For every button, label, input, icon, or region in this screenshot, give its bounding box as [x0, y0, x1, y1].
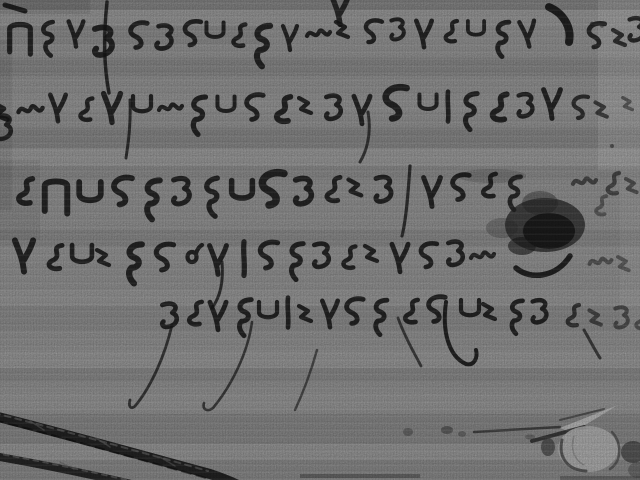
wood-grain-bands-shape [0, 350, 640, 368]
wood-grain-bands-shape [0, 10, 640, 26]
wood-grain-bands-shape [0, 392, 640, 410]
wood-grain-bands-shape [0, 368, 640, 382]
wood-grain-bands-shape [0, 0, 640, 10]
stray-marks-shape [403, 428, 413, 436]
script-line-5-glyph [288, 298, 289, 328]
stray-marks-shape [458, 431, 466, 437]
script-line-2-glyph [448, 92, 449, 122]
knot-seal-shape [541, 438, 555, 456]
ink-blot-shape [508, 237, 536, 255]
wood-grain-bands-shape [0, 96, 640, 112]
manuscript-scene [0, 0, 640, 480]
stray-marks-shape [300, 474, 420, 478]
manuscript-photo [0, 0, 640, 480]
wood-grain-bands-shape [0, 148, 640, 166]
script-line-2-shape [610, 144, 614, 148]
script-line-4-glyph [244, 242, 245, 276]
wood-grain-bands-shape [0, 58, 640, 76]
stray-marks-shape [560, 476, 640, 480]
wood-grain-bands-shape [0, 128, 640, 148]
script-line-2-shape [590, 22, 594, 26]
stray-marks-shape [441, 426, 453, 434]
wood-grain-bands-shape [0, 166, 640, 180]
script-line-2-shape [600, 24, 604, 28]
